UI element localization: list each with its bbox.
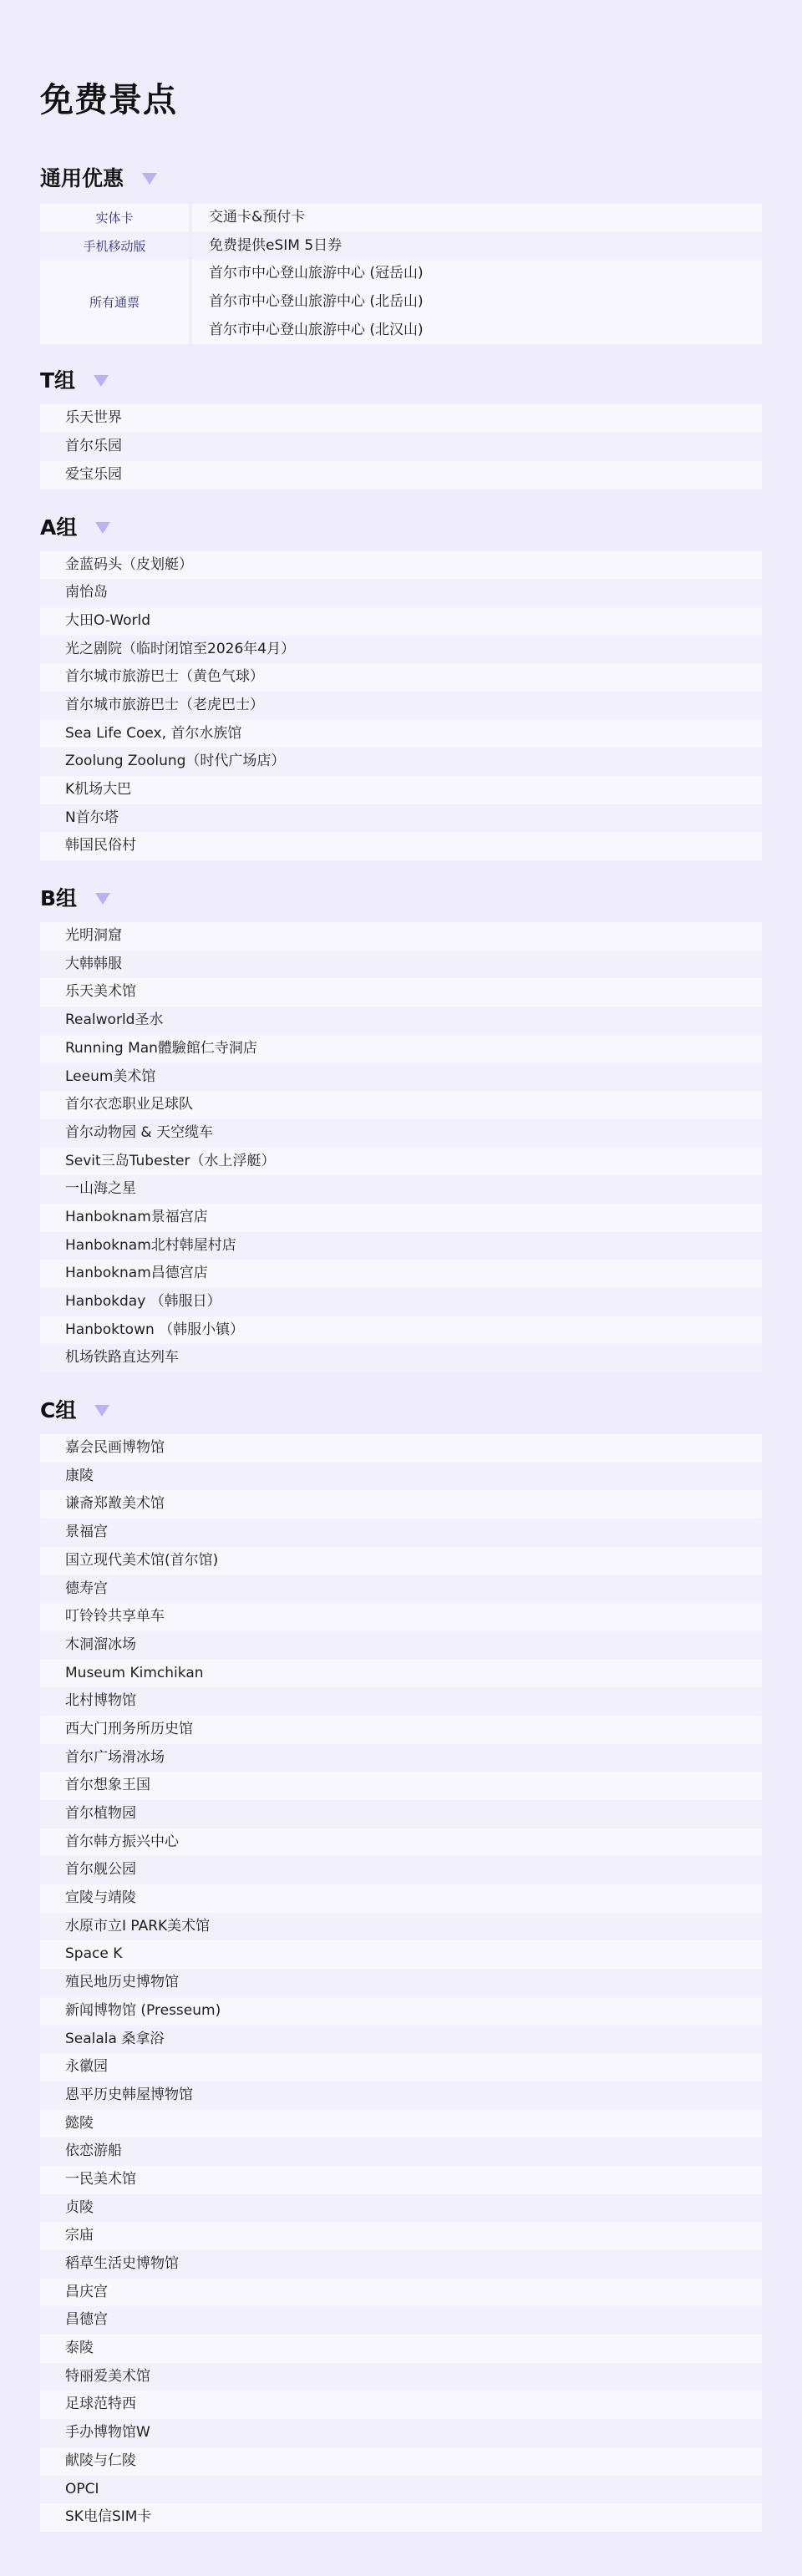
section-group-t-toggle[interactable]: T组 <box>40 361 762 398</box>
general-value: 免费提供eSIM 5日券 <box>192 232 762 261</box>
list-item: 首尔植物园 <box>40 1800 762 1828</box>
section-heading: T组 <box>40 364 75 394</box>
group-list: 乐天世界首尔乐园爱宝乐园 <box>40 404 762 489</box>
list-item: Zoolung Zoolung（时代广场店） <box>40 748 762 776</box>
list-item: Sealala 桑拿浴 <box>40 2026 762 2054</box>
list-item: Sevit三岛Tubester（水上浮艇） <box>40 1148 762 1176</box>
list-item: Leeum美术馆 <box>40 1063 762 1092</box>
list-item: 恩平历史韩屋博物馆 <box>40 2082 762 2110</box>
section-general: 通用优惠 实体卡 交通卡&预付卡 手机移动版 免费提供eSIM 5日券 所有通票… <box>40 159 762 344</box>
list-item: 依恋游船 <box>40 2137 762 2166</box>
section-heading: A组 <box>40 511 77 541</box>
list-item: 韩国民俗村 <box>40 832 762 860</box>
list-item: Space K <box>40 1940 762 1969</box>
list-item: 贞陵 <box>40 2194 762 2223</box>
general-value-line: 交通卡&预付卡 <box>209 204 762 232</box>
list-item: 德寿宫 <box>40 1575 762 1604</box>
section-group-c: C组 嘉会民画博物馆康陵谦斋郑敾美术馆景福宫国立现代美术馆(首尔馆)德寿宫叮铃铃… <box>40 1391 762 2532</box>
list-item: 首尔广场滑冰场 <box>40 1744 762 1772</box>
list-item: 大韩韩服 <box>40 951 762 979</box>
list-item: OPCI <box>40 2476 762 2504</box>
group-list: 光明洞窟大韩韩服乐天美术馆Realworld圣水Running Man體驗館仁寺… <box>40 922 762 1372</box>
list-item: Hanboknam北村韩屋村店 <box>40 1232 762 1260</box>
list-item: K机场大巴 <box>40 776 762 804</box>
list-item: 机场铁路直达列车 <box>40 1344 762 1372</box>
triangle-down-icon[interactable] <box>94 1405 109 1417</box>
list-item: 爱宝乐园 <box>40 461 762 489</box>
general-value: 交通卡&预付卡 <box>192 204 762 232</box>
section-heading: 通用优惠 <box>40 162 124 192</box>
list-item: 首尔想象王国 <box>40 1772 762 1800</box>
list-item: 景福宫 <box>40 1519 762 1547</box>
list-item: Museum Kimchikan <box>40 1660 762 1688</box>
section-general-toggle[interactable]: 通用优惠 <box>40 159 762 195</box>
list-item: 水原市立I PARK美术馆 <box>40 1913 762 1941</box>
list-item: SK电信SIM卡 <box>40 2503 762 2532</box>
list-item: 光明洞窟 <box>40 922 762 951</box>
section-group-b: B组 光明洞窟大韩韩服乐天美术馆Realworld圣水Running Man體驗… <box>40 879 762 1372</box>
list-item: 国立现代美术馆(首尔馆) <box>40 1547 762 1575</box>
section-group-a: A组 金蓝码头（皮划艇）南怡岛大田O-World光之剧院（临时闭馆至2026年4… <box>40 508 762 861</box>
list-item: 首尔韩方振兴中心 <box>40 1828 762 1857</box>
general-value-line: 首尔市中心登山旅游中心 (北汉山) <box>209 317 762 345</box>
section-group-a-toggle[interactable]: A组 <box>40 508 762 545</box>
list-item: 谦斋郑敾美术馆 <box>40 1490 762 1519</box>
triangle-down-icon[interactable] <box>94 375 109 387</box>
list-item: 木洞溜冰场 <box>40 1631 762 1660</box>
group-list: 金蓝码头（皮划艇）南怡岛大田O-World光之剧院（临时闭馆至2026年4月）首… <box>40 551 762 861</box>
list-item: Hanboknam景福宫店 <box>40 1204 762 1232</box>
list-item: 新闻博物馆 (Presseum) <box>40 1997 762 2026</box>
list-item: 足球范特西 <box>40 2391 762 2419</box>
general-value-line: 首尔市中心登山旅游中心 (北岳山) <box>209 288 762 317</box>
list-item: 首尔衣恋职业足球队 <box>40 1091 762 1119</box>
list-item: 殖民地历史博物馆 <box>40 1969 762 1997</box>
list-item: 嘉会民画博物馆 <box>40 1434 762 1463</box>
triangle-down-icon[interactable] <box>142 173 157 185</box>
list-item: 首尔乐园 <box>40 433 762 461</box>
list-item: 乐天世界 <box>40 404 762 433</box>
page: 免费景点 通用优惠 实体卡 交通卡&预付卡 手机移动版 免费提供eSIM 5日券… <box>0 0 802 2532</box>
list-item: 泰陵 <box>40 2335 762 2363</box>
section-heading: C组 <box>40 1394 76 1424</box>
list-item: 叮铃铃共享单车 <box>40 1603 762 1631</box>
list-item: 永徽园 <box>40 2053 762 2082</box>
general-table: 实体卡 交通卡&预付卡 手机移动版 免费提供eSIM 5日券 所有通票 首尔市中… <box>40 204 762 344</box>
list-item: 宣陵与靖陵 <box>40 1884 762 1913</box>
general-label: 实体卡 <box>40 204 189 232</box>
list-item: 首尔城市旅游巴士（黄色气球） <box>40 663 762 692</box>
section-group-b-toggle[interactable]: B组 <box>40 879 762 915</box>
list-item: 金蓝码头（皮划艇） <box>40 551 762 580</box>
list-item: 大田O-World <box>40 607 762 636</box>
general-value-line: 首尔市中心登山旅游中心 (冠岳山) <box>209 260 762 288</box>
page-title: 免费景点 <box>40 0 762 127</box>
list-item: 一山海之星 <box>40 1175 762 1204</box>
list-item: 乐天美术馆 <box>40 978 762 1007</box>
general-label: 手机移动版 <box>40 232 189 261</box>
list-item: 康陵 <box>40 1463 762 1491</box>
list-item: Hanboknam昌德宫店 <box>40 1260 762 1288</box>
section-group-t: T组 乐天世界首尔乐园爱宝乐园 <box>40 361 762 489</box>
section-group-c-toggle[interactable]: C组 <box>40 1391 762 1427</box>
list-item: 手办博物馆W <box>40 2419 762 2447</box>
list-item: 西大门刑务所历史馆 <box>40 1716 762 1744</box>
list-item: Running Man體驗館仁寺洞店 <box>40 1035 762 1063</box>
triangle-down-icon[interactable] <box>95 893 110 905</box>
list-item: 光之剧院（临时闭馆至2026年4月） <box>40 636 762 664</box>
list-item: 首尔舰公园 <box>40 1856 762 1884</box>
list-item: 一民美术馆 <box>40 2166 762 2194</box>
general-value: 首尔市中心登山旅游中心 (冠岳山) 首尔市中心登山旅游中心 (北岳山) 首尔市中… <box>192 260 762 344</box>
list-item: 首尔动物园 & 天空缆车 <box>40 1119 762 1148</box>
list-item: 北村博物馆 <box>40 1687 762 1716</box>
group-list: 嘉会民画博物馆康陵谦斋郑敾美术馆景福宫国立现代美术馆(首尔馆)德寿宫叮铃铃共享单… <box>40 1434 762 2532</box>
list-item: 献陵与仁陵 <box>40 2447 762 2476</box>
list-item: Sea Life Coex, 首尔水族馆 <box>40 720 762 748</box>
section-heading: B组 <box>40 882 77 912</box>
general-label: 所有通票 <box>40 260 189 344</box>
list-item: 首尔城市旅游巴士（老虎巴士） <box>40 692 762 720</box>
list-item: 昌德宫 <box>40 2306 762 2335</box>
list-item: 昌庆宫 <box>40 2279 762 2307</box>
list-item: Realworld圣水 <box>40 1007 762 1035</box>
list-item: 南怡岛 <box>40 579 762 607</box>
list-item: 懿陵 <box>40 2110 762 2138</box>
list-item: 宗庙 <box>40 2222 762 2250</box>
triangle-down-icon[interactable] <box>95 522 110 534</box>
list-item: 稻草生活史博物馆 <box>40 2250 762 2279</box>
general-value-line: 免费提供eSIM 5日券 <box>209 232 762 261</box>
list-item: Hanboktown （韩服小镇） <box>40 1316 762 1345</box>
list-item: 特丽爱美术馆 <box>40 2363 762 2391</box>
list-item: Hanbokday （韩服日） <box>40 1288 762 1316</box>
list-item: N首尔塔 <box>40 804 762 833</box>
